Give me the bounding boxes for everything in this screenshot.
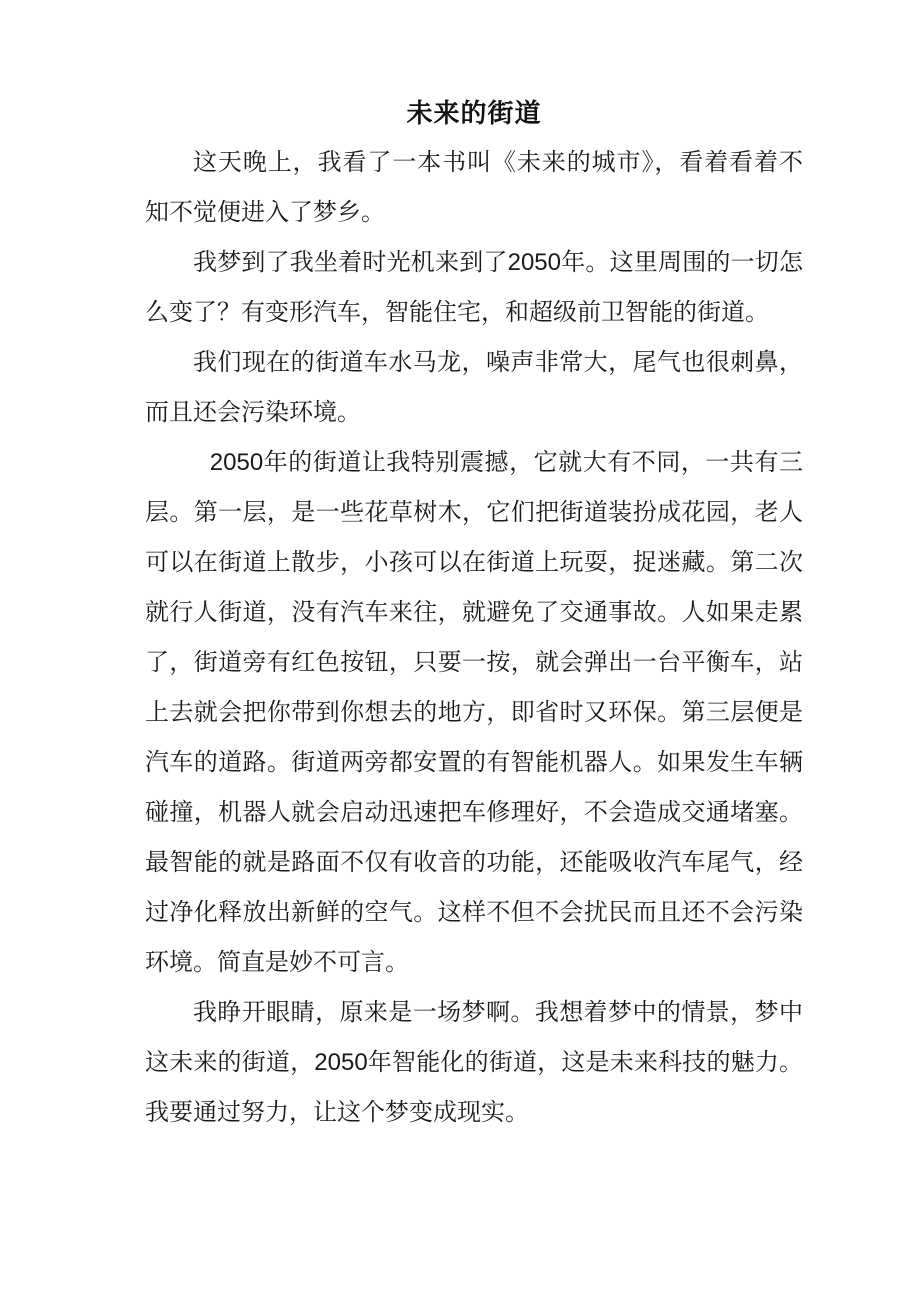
- essay-paragraph-2: 我梦到了我坐着时光机来到了2050年。这里周围的一切怎么变了？有变形汽车，智能住…: [145, 238, 803, 338]
- document-content: 未来的街道 这天晚上，我看了一本书叫《未来的城市》，看着看着不知不觉便进入了梦乡…: [145, 88, 803, 1138]
- essay-paragraph-1: 这天晚上，我看了一本书叫《未来的城市》，看着看着不知不觉便进入了梦乡。: [145, 138, 803, 238]
- essay-paragraph-3: 我们现在的街道车水马龙，噪声非常大，尾气也很刺鼻，而且还会污染环境。: [145, 338, 803, 438]
- essay-paragraph-4: 2050年的街道让我特别震撼，它就大有不同，一共有三层。第一层，是一些花草树木，…: [145, 438, 803, 988]
- document-title: 未来的街道: [145, 88, 803, 138]
- essay-paragraph-5: 我睁开眼睛，原来是一场梦啊。我想着梦中的情景，梦中这未来的街道，2050年智能化…: [145, 988, 803, 1138]
- document-page: 未来的街道 这天晚上，我看了一本书叫《未来的城市》，看着看着不知不觉便进入了梦乡…: [0, 0, 900, 1307]
